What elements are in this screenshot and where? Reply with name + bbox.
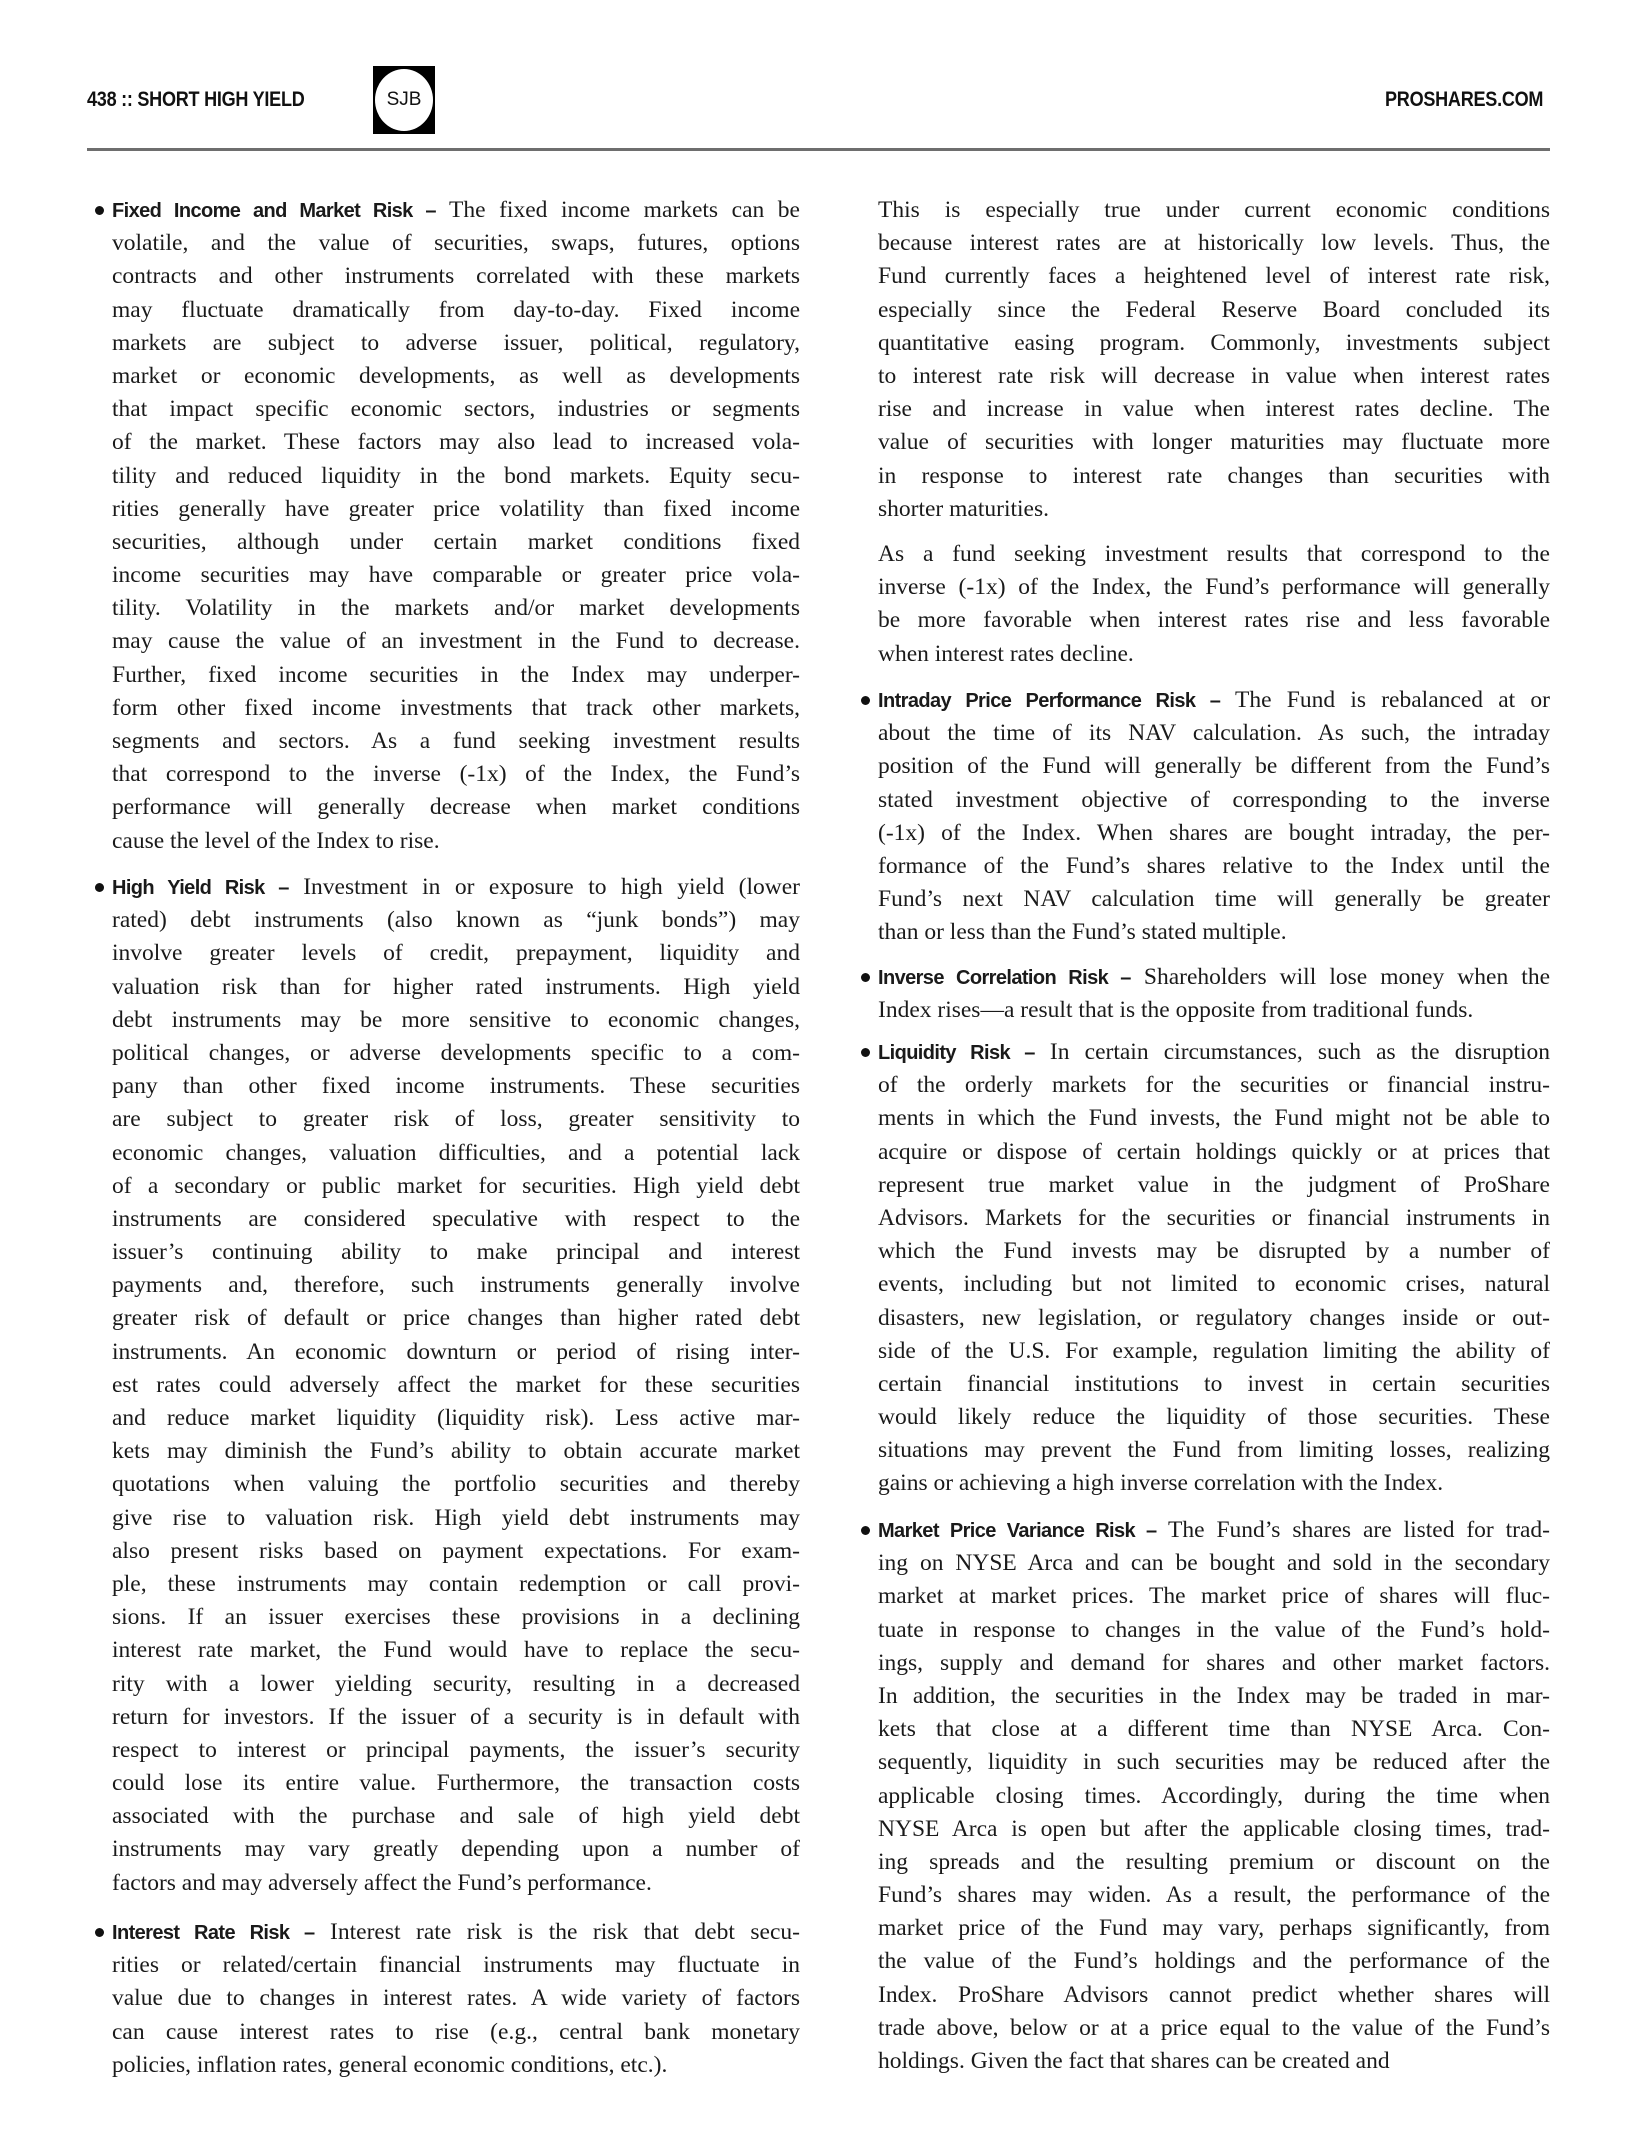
- interest-rate-continued: This is especially true under current ec…: [878, 194, 1550, 526]
- text-line: formance of the Fund’s shares relative t…: [878, 850, 1550, 883]
- text-line: rities or related/certain financial inst…: [112, 1949, 800, 1982]
- text-line: about the time of its NAV calculation. A…: [878, 717, 1550, 750]
- text-line: may cause the value of an investment in …: [112, 625, 800, 658]
- text-line: be more favorable when interest rates ri…: [878, 604, 1550, 637]
- text-line: are subject to greater risk of loss, gre…: [112, 1103, 800, 1136]
- text-line: Further, fixed income securities in the …: [112, 659, 800, 692]
- inverse-performance-paragraph: As a fund seeking investment results tha…: [878, 538, 1550, 671]
- text-line: contracts and other instruments correlat…: [112, 260, 800, 293]
- text-line: market or economic developments, as well…: [112, 360, 800, 393]
- text-line: ple, these instruments may contain redem…: [112, 1568, 800, 1601]
- text-line: events, including but not limited to eco…: [878, 1268, 1550, 1301]
- text-line: and reduce market liquidity (liquidity r…: [112, 1402, 800, 1435]
- text-line: As a fund seeking investment results tha…: [878, 538, 1550, 571]
- risk-item-interest-rate: Interest Rate Risk – Interest rate risk …: [112, 1916, 800, 2082]
- text-line: factors and may adversely affect the Fun…: [112, 1867, 800, 1900]
- risk-text: The fixed income markets can be: [436, 197, 800, 223]
- text-line: would likely reduce the liquidity of tho…: [878, 1401, 1550, 1434]
- text-line: This is especially true under current ec…: [878, 194, 1550, 227]
- text-line: Fund currently faces a heightened level …: [878, 260, 1550, 293]
- text-line: policies, inflation rates, general econo…: [112, 2049, 800, 2082]
- text-line: also present risks based on payment expe…: [112, 1535, 800, 1568]
- risk-text: Investment in or exposure to high yield …: [289, 874, 800, 900]
- text-line: High Yield Risk – Investment in or expos…: [112, 871, 800, 904]
- text-line: stated investment objective of correspon…: [878, 784, 1550, 817]
- risk-text: The Fund is rebalanced at or: [1220, 687, 1550, 713]
- text-line: respect to interest or principal payment…: [112, 1734, 800, 1767]
- text-line: political changes, or adverse developmen…: [112, 1037, 800, 1070]
- text-line: disasters, new legislation, or regulator…: [878, 1302, 1550, 1335]
- text-line: pany than other fixed income instruments…: [112, 1070, 800, 1103]
- risk-heading: Liquidity Risk –: [878, 1042, 1035, 1064]
- text-line: markets are subject to adverse issuer, p…: [112, 327, 800, 360]
- text-line: form other fixed income investments that…: [112, 692, 800, 725]
- bullet-icon: [95, 206, 104, 215]
- text-line: which the Fund invests may be disrupted …: [878, 1235, 1550, 1268]
- text-line: Liquidity Risk – In certain circumstance…: [878, 1036, 1550, 1069]
- risk-text: Interest rate risk is the risk that debt…: [315, 1919, 800, 1945]
- text-line: Fixed Income and Market Risk – The fixed…: [112, 194, 800, 227]
- text-line: Index. ProShare Advisors cannot predict …: [878, 1979, 1550, 2012]
- risk-text: The Fund’s shares are listed for trad-: [1157, 1517, 1550, 1543]
- text-line: debt instruments may be more sensitive t…: [112, 1004, 800, 1037]
- text-line: Market Price Variance Risk – The Fund’s …: [878, 1514, 1550, 1547]
- text-line: because interest rates are at historical…: [878, 227, 1550, 260]
- text-line: tility and reduced liquidity in the bond…: [112, 460, 800, 493]
- text-line: In addition, the securities in the Index…: [878, 1680, 1550, 1713]
- text-line: Inverse Correlation Risk – Shareholders …: [878, 961, 1550, 994]
- text-line: involve greater levels of credit, prepay…: [112, 937, 800, 970]
- text-line: of the orderly markets for the securitie…: [878, 1069, 1550, 1102]
- text-line: cause the level of the Index to rise.: [112, 825, 800, 858]
- text-line: market at market prices. The market pric…: [878, 1580, 1550, 1613]
- text-line: greater risk of default or price changes…: [112, 1302, 800, 1335]
- risk-item-market-price-variance: Market Price Variance Risk – The Fund’s …: [878, 1514, 1550, 2078]
- text-line: associated with the purchase and sale of…: [112, 1800, 800, 1833]
- text-line: applicable closing times. Accordingly, d…: [878, 1780, 1550, 1813]
- text-line: that correspond to the inverse (-1x) of …: [112, 758, 800, 791]
- text-line: certain financial institutions to invest…: [878, 1368, 1550, 1401]
- text-line: NYSE Arca is open but after the applicab…: [878, 1813, 1550, 1846]
- text-line: than or less than the Fund’s stated mult…: [878, 916, 1550, 949]
- risk-heading: Inverse Correlation Risk –: [878, 967, 1131, 989]
- text-line: volatile, and the value of securities, s…: [112, 227, 800, 260]
- text-line: can cause interest rates to rise (e.g., …: [112, 2016, 800, 2049]
- text-line: inverse (-1x) of the Index, the Fund’s p…: [878, 571, 1550, 604]
- text-line: performance will generally decrease when…: [112, 791, 800, 824]
- bullet-icon: [861, 1526, 870, 1535]
- text-line: Fund’s shares may widen. As a result, th…: [878, 1879, 1550, 1912]
- text-line: when interest rates decline.: [878, 638, 1550, 671]
- risk-item-fixed-income: Fixed Income and Market Risk – The fixed…: [112, 194, 800, 858]
- text-line: represent true market value in the judgm…: [878, 1169, 1550, 1202]
- ticker-badge: SJB: [373, 66, 435, 134]
- risk-text: In certain circumstances, such as the di…: [1035, 1039, 1550, 1065]
- header-divider: [87, 148, 1550, 151]
- text-line: est rates could adversely affect the mar…: [112, 1369, 800, 1402]
- text-line: acquire or dispose of certain holdings q…: [878, 1136, 1550, 1169]
- text-line: rity with a lower yielding security, res…: [112, 1668, 800, 1701]
- text-line: sequently, liquidity in such securities …: [878, 1746, 1550, 1779]
- text-line: ing spreads and the resulting premium or…: [878, 1846, 1550, 1879]
- text-line: issuer’s continuing ability to make prin…: [112, 1236, 800, 1269]
- text-line: payments and, therefore, such instrument…: [112, 1269, 800, 1302]
- text-line: ments in which the Fund invests, the Fun…: [878, 1102, 1550, 1135]
- bullet-icon: [95, 1928, 104, 1937]
- text-line: holdings. Given the fact that shares can…: [878, 2045, 1550, 2078]
- text-line: tility. Volatility in the markets and/or…: [112, 592, 800, 625]
- text-line: position of the Fund will generally be d…: [878, 750, 1550, 783]
- text-line: securities, although under certain marke…: [112, 526, 800, 559]
- text-line: of the market. These factors may also le…: [112, 426, 800, 459]
- text-line: segments and sectors. As a fund seeking …: [112, 725, 800, 758]
- bullet-icon: [95, 883, 104, 892]
- text-line: sions. If an issuer exercises these prov…: [112, 1601, 800, 1634]
- bullet-icon: [861, 973, 870, 982]
- text-line: rise and increase in value when interest…: [878, 393, 1550, 426]
- text-line: kets may diminish the Fund’s ability to …: [112, 1435, 800, 1468]
- text-line: could lose its entire value. Furthermore…: [112, 1767, 800, 1800]
- risk-heading: Market Price Variance Risk –: [878, 1520, 1157, 1542]
- bullet-icon: [861, 696, 870, 705]
- text-line: interest rate market, the Fund would hav…: [112, 1634, 800, 1667]
- text-line: instruments are considered speculative w…: [112, 1203, 800, 1236]
- text-line: in response to interest rate changes tha…: [878, 460, 1550, 493]
- text-line: income securities may have comparable or…: [112, 559, 800, 592]
- text-line: Advisors. Markets for the securities or …: [878, 1202, 1550, 1235]
- ticker-badge-label: SJB: [375, 69, 433, 131]
- text-line: tuate in response to changes in the valu…: [878, 1614, 1550, 1647]
- text-line: ings, supply and demand for shares and o…: [878, 1647, 1550, 1680]
- text-line: especially since the Federal Reserve Boa…: [878, 294, 1550, 327]
- risk-item-high-yield: High Yield Risk – Investment in or expos…: [112, 871, 800, 1900]
- text-line: (-1x) of the Index. When shares are boug…: [878, 817, 1550, 850]
- text-line: that impact specific economic sectors, i…: [112, 393, 800, 426]
- text-line: situations may prevent the Fund from lim…: [878, 1434, 1550, 1467]
- text-line: valuation risk than for higher rated ins…: [112, 971, 800, 1004]
- risk-heading: Fixed Income and Market Risk –: [112, 200, 436, 222]
- text-line: side of the U.S. For example, regulation…: [878, 1335, 1550, 1368]
- text-line: instruments. An economic downturn or per…: [112, 1336, 800, 1369]
- bullet-icon: [861, 1048, 870, 1057]
- risk-heading: Interest Rate Risk –: [112, 1922, 315, 1944]
- text-line: shorter maturities.: [878, 493, 1550, 526]
- text-line: ing on NYSE Arca and can be bought and s…: [878, 1547, 1550, 1580]
- text-line: rated) debt instruments (also known as “…: [112, 904, 800, 937]
- risk-item-liquidity: Liquidity Risk – In certain circumstance…: [878, 1036, 1550, 1501]
- text-line: return for investors. If the issuer of a…: [112, 1701, 800, 1734]
- text-line: give rise to valuation risk. High yield …: [112, 1502, 800, 1535]
- page-number-section-title: 438 :: SHORT HIGH YIELD: [87, 88, 305, 112]
- text-line: of a secondary or public market for secu…: [112, 1170, 800, 1203]
- risk-item-intraday: Intraday Price Performance Risk – The Fu…: [878, 684, 1550, 950]
- text-line: Intraday Price Performance Risk – The Fu…: [878, 684, 1550, 717]
- text-line: market price of the Fund may vary, perha…: [878, 1912, 1550, 1945]
- text-line: Fund’s next NAV calculation time will ge…: [878, 883, 1550, 916]
- risk-item-inverse-correlation: Inverse Correlation Risk – Shareholders …: [878, 961, 1550, 1027]
- text-line: economic changes, valuation difficulties…: [112, 1137, 800, 1170]
- risk-heading: High Yield Risk –: [112, 877, 289, 899]
- text-line: kets that close at a different time than…: [878, 1713, 1550, 1746]
- text-line: rities generally have greater price vola…: [112, 493, 800, 526]
- text-line: Index rises—a result that is the opposit…: [878, 994, 1550, 1027]
- text-line: gains or achieving a high inverse correl…: [878, 1467, 1550, 1500]
- text-line: the value of the Fund’s holdings and the…: [878, 1945, 1550, 1978]
- risk-text: Shareholders will lose money when the: [1131, 964, 1550, 990]
- text-line: value of securities with longer maturiti…: [878, 426, 1550, 459]
- text-line: quotations when valuing the portfolio se…: [112, 1468, 800, 1501]
- text-line: to interest rate risk will decrease in v…: [878, 360, 1550, 393]
- text-line: Interest Rate Risk – Interest rate risk …: [112, 1916, 800, 1949]
- risk-heading: Intraday Price Performance Risk –: [878, 690, 1220, 712]
- text-line: trade above, below or at a price equal t…: [878, 2012, 1550, 2045]
- text-line: value due to changes in interest rates. …: [112, 1982, 800, 2015]
- text-line: instruments may vary greatly depending u…: [112, 1833, 800, 1866]
- website-link[interactable]: PROSHARES.COM: [1385, 88, 1543, 112]
- text-line: quantitative easing program. Commonly, i…: [878, 327, 1550, 360]
- text-line: may fluctuate dramatically from day-to-d…: [112, 294, 800, 327]
